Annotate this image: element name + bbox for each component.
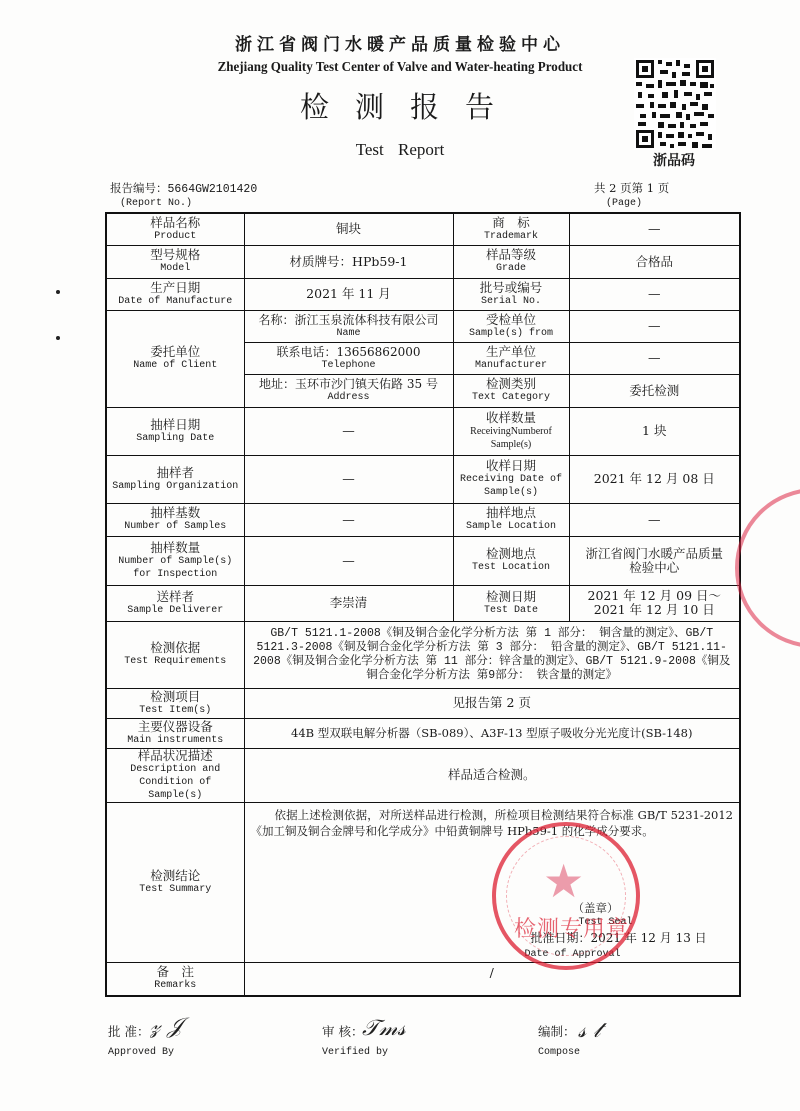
table-row: 抽样数量Number of Sample(s) for Inspection —… [106, 536, 740, 585]
report-number-en: (Report No.) [120, 198, 257, 209]
table-row: 样品名称Product 铜块 商 标Trademark — [106, 213, 740, 245]
client-name: 名称：浙江玉泉流体科技有限公司Name [244, 310, 453, 342]
number-of-samples-label: 抽样基数Number of Samples [106, 503, 244, 536]
page-info-en: (Page) [606, 198, 669, 209]
approved-by-label-en: Approved By [108, 1046, 174, 1059]
sample-location-value: — [569, 503, 740, 536]
compose-label: 编制： [538, 1022, 580, 1040]
table-row: 型号规格Model 材质牌号：HPb59-1 样品等级Grade 合格品 [106, 245, 740, 278]
qr-code-label: 浙品码 [624, 150, 724, 170]
grade-value: 合格品 [569, 245, 740, 278]
deliverer-value: 李崇清 [244, 585, 453, 621]
test-location-value: 浙江省阀门水暖产品质量检验中心 [569, 536, 740, 585]
summary-value: 依据上述检测依据，对所送样品进行检测，所检项目检测结果符合标准 GB/T 523… [244, 802, 740, 962]
qr-code-icon[interactable] [634, 58, 716, 150]
model-label: 型号规格Model [106, 245, 244, 278]
table-row: 抽样者Sampling Organization — 收样日期Receiving… [106, 455, 740, 503]
table-row: 样品状况描述Description and Condition of Sampl… [106, 748, 740, 802]
report-number: 报告编号：5664GW2101420 (Report No.) [110, 180, 257, 209]
receiving-number-value: 1 块 [569, 407, 740, 455]
punch-mark [56, 290, 60, 294]
table-row: 抽样基数Number of Samples — 抽样地点Sample Locat… [106, 503, 740, 536]
test-category-label: 检测类别Text Category [453, 374, 569, 407]
summary-label: 检测结论Test Summary [106, 802, 244, 962]
test-location-label: 检测地点Test Location [453, 536, 569, 585]
verified-by-label-en: Verified by [322, 1046, 388, 1059]
table-row: 抽样日期Sampling Date — 收样数量ReceivingNumbero… [106, 407, 740, 455]
seal-label: （盖章） [573, 901, 619, 915]
test-items-value: 见报告第 2 页 [244, 688, 740, 718]
inspection-qty-label: 抽样数量Number of Sample(s) for Inspection [106, 536, 244, 585]
signature-composer: 𝓈 𝓉 [578, 1018, 601, 1043]
table-row: 主要仪器设备Main instruments 44B 型双联电解分析器（SB-0… [106, 718, 740, 748]
test-date-value: 2021 年 12 月 09 日～2021 年 12 月 10 日 [569, 585, 740, 621]
report-number-label: 报告编号： [110, 183, 168, 196]
remarks-value: / [244, 962, 740, 996]
table-row: 检测项目Test Item(s) 见报告第 2 页 [106, 688, 740, 718]
condition-label: 样品状况描述Description and Condition of Sampl… [106, 748, 244, 802]
instruments-value: 44B 型双联电解分析器（SB-089）、A3F-13 型原子吸收分光光度计(S… [244, 718, 740, 748]
serial-value: — [569, 278, 740, 310]
sample-from-value: — [569, 310, 740, 342]
requirements-label: 检测依据Test Requirements [106, 621, 244, 688]
report-number-value: 5664GW2101420 [168, 183, 258, 196]
sample-location-label: 抽样地点Sample Location [453, 503, 569, 536]
manufacture-date-label: 生产日期Date of Manufacture [106, 278, 244, 310]
page-info: 共 2 页第 1 页 (Page) [594, 180, 669, 209]
manufacture-date-value: 2021 年 11 月 [244, 278, 453, 310]
sampling-org-label: 抽样者Sampling Organization [106, 455, 244, 503]
receiving-date-label: 收样日期Receiving Date of Sample(s) [453, 455, 569, 503]
test-date-label: 检测日期Test Date [453, 585, 569, 621]
compose-by: 编制： Compose [538, 1022, 580, 1059]
client-address: 地址：玉环市沙门镇天佑路 35 号Address [244, 374, 453, 407]
product-value: 铜块 [244, 213, 453, 245]
signature-approver: 𝓏 𝒥 [150, 1014, 182, 1039]
instruments-label: 主要仪器设备Main instruments [106, 718, 244, 748]
table-row: 委托单位Name of Client 名称：浙江玉泉流体科技有限公司Name 受… [106, 310, 740, 342]
sampling-date-label: 抽样日期Sampling Date [106, 407, 244, 455]
condition-value: 样品适合检测。 [244, 748, 740, 802]
signature-verifier: 𝒯𝓂𝓈 [362, 1016, 406, 1041]
sampling-date-value: — [244, 407, 453, 455]
test-category-value: 委托检测 [569, 374, 740, 407]
requirements-value: GB/T 5121.1-2008《铜及铜合金化学分析方法 第 1 部分： 铜含量… [244, 621, 740, 688]
table-row: 备 注Remarks / [106, 962, 740, 996]
table-row: 检测结论Test Summary 依据上述检测依据，对所送样品进行检测，所检项目… [106, 802, 740, 962]
deliverer-label: 送样者Sample Deliverer [106, 585, 244, 621]
partial-seal-stamp [735, 488, 800, 648]
sampling-org-value: — [244, 455, 453, 503]
test-items-label: 检测项目Test Item(s) [106, 688, 244, 718]
sample-from-label: 受检单位Sample(s) from [453, 310, 569, 342]
seal-label-en: Test Seal [579, 916, 633, 930]
table-row: 生产日期Date of Manufacture 2021 年 11 月 批号或编… [106, 278, 740, 310]
client-telephone: 联系电话：13656862000Telephone [244, 342, 453, 374]
manufacturer-label: 生产单位Manufacturer [453, 342, 569, 374]
table-row: 送样者Sample Deliverer 李崇清 检测日期Test Date 20… [106, 585, 740, 621]
table-row: 检测依据Test Requirements GB/T 5121.1-2008《铜… [106, 621, 740, 688]
approval-date-en: Date of Approval [525, 948, 621, 962]
manufacturer-value: — [569, 342, 740, 374]
summary-text: 依据上述检测依据，对所送样品进行检测，所检项目检测结果符合标准 GB/T 523… [251, 807, 734, 839]
approval-date: 批准日期：2021 年 12 月 13 日 [531, 931, 707, 945]
receiving-date-value: 2021 年 12 月 08 日 [569, 455, 740, 503]
report-table: 样品名称Product 铜块 商 标Trademark — 型号规格Model … [105, 212, 741, 997]
trademark-value: — [569, 213, 740, 245]
serial-label: 批号或编号Serial No. [453, 278, 569, 310]
trademark-label: 商 标Trademark [453, 213, 569, 245]
punch-mark [56, 336, 60, 340]
model-value: 材质牌号：HPb59-1 [244, 245, 453, 278]
organization-name-cn: 浙江省阀门水暖产品质量检验中心 [0, 30, 800, 55]
remarks-label: 备 注Remarks [106, 962, 244, 996]
receiving-number-label: 收样数量ReceivingNumberof Sample(s) [453, 407, 569, 455]
product-label: 样品名称Product [106, 213, 244, 245]
grade-label: 样品等级Grade [453, 245, 569, 278]
client-label: 委托单位Name of Client [106, 310, 244, 407]
number-of-samples-value: — [244, 503, 453, 536]
compose-label-en: Compose [538, 1046, 580, 1059]
page-info-value: 共 2 页第 1 页 [594, 181, 669, 195]
inspection-qty-value: — [244, 536, 453, 585]
